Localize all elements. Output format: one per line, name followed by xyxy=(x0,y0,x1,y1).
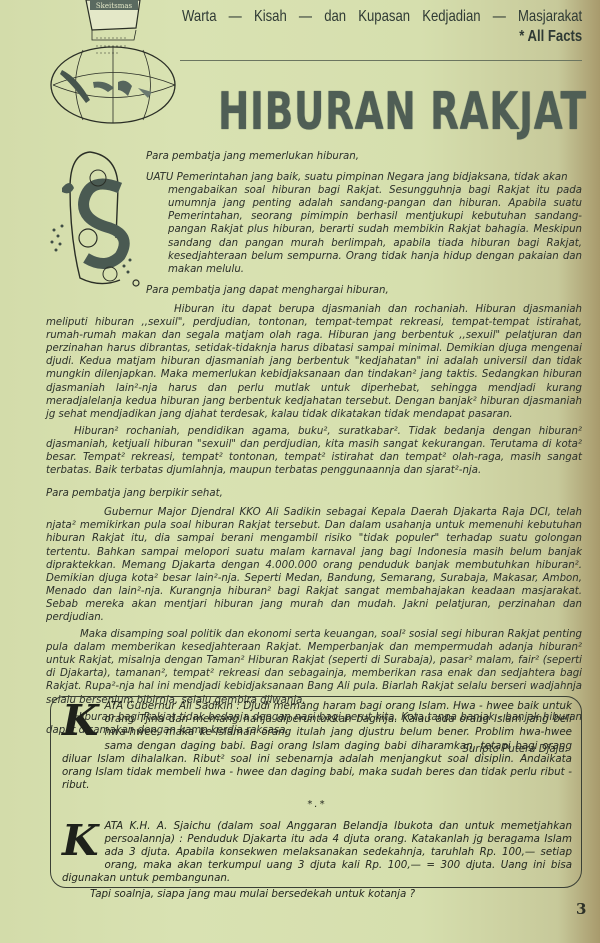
tagline-line-1: Warta — Kisah — dan Kupasan Kedjadian — … xyxy=(182,8,582,26)
magazine-page: Skeitsmas Warta — Kisah — dan Kupasan Ke… xyxy=(0,0,600,943)
salutation-1: Para pembatja jang memerlukan hiburan, xyxy=(146,150,582,163)
section-separator: *.* xyxy=(62,798,572,811)
quote-1-text: Djudi memang haram bagi orang Islam. Hwa… xyxy=(62,700,572,791)
article-body: Para pembatja jang memerlukan hiburan, U… xyxy=(46,150,582,756)
quote-sjaichu: K ATA K.H. A. Sjaichu (dalam soal Anggar… xyxy=(62,820,572,886)
quote-2-lead: ATA K.H. A. Sjaichu xyxy=(105,820,211,832)
paragraph-1-first-line: UATU Pemerintahan jang baik, suatu pimpi… xyxy=(146,172,568,183)
svg-text:Skeitsmas: Skeitsmas xyxy=(96,2,133,10)
globe-logo-icon: Skeitsmas xyxy=(48,0,178,125)
header-divider xyxy=(180,60,582,61)
quote-ali-sadikin: K ATA Gubernur Ali Sadikin : Djudi meman… xyxy=(62,700,572,792)
page-number: 3 xyxy=(576,900,586,918)
paragraph-3: Hiburan² rochaniah, pendidikan agama, bu… xyxy=(46,425,582,477)
dropcap-k-icon: K xyxy=(62,702,99,740)
paragraph-1: UATU Pemerintahan jang baik, suatu pimpi… xyxy=(146,171,582,276)
paragraph-2: Hiburan itu dapat berupa djasmaniah dan … xyxy=(46,303,582,421)
salutation-2: Para pembatja jang dapat menghargai hibu… xyxy=(146,284,582,297)
paragraph-1-rest: mengabaikan soal hiburan bagi Rakjat. Se… xyxy=(146,184,582,276)
tagline-line-2: * All Facts xyxy=(182,28,582,46)
dropcap-k-icon: K xyxy=(62,822,99,860)
quote-1-lead: ATA Gubernur Ali Sadikin : xyxy=(105,700,240,712)
paragraph-4: Gubernur Major Djendral KKO Ali Sadikin … xyxy=(46,506,582,624)
quote-closing: Tapi soalnja, siapa jang mau mulai berse… xyxy=(62,888,572,901)
paragraph-5: Maka disamping soal politik dan ekonomi … xyxy=(46,628,582,707)
article-title: HIBURAN RAKJAT xyxy=(218,82,587,142)
quote-box: K ATA Gubernur Ali Sadikin : Djudi meman… xyxy=(62,700,572,901)
salutation-3: Para pembatja jang berpikir sehat, xyxy=(46,487,582,500)
magazine-tagline: Warta — Kisah — dan Kupasan Kedjadian — … xyxy=(182,8,510,46)
